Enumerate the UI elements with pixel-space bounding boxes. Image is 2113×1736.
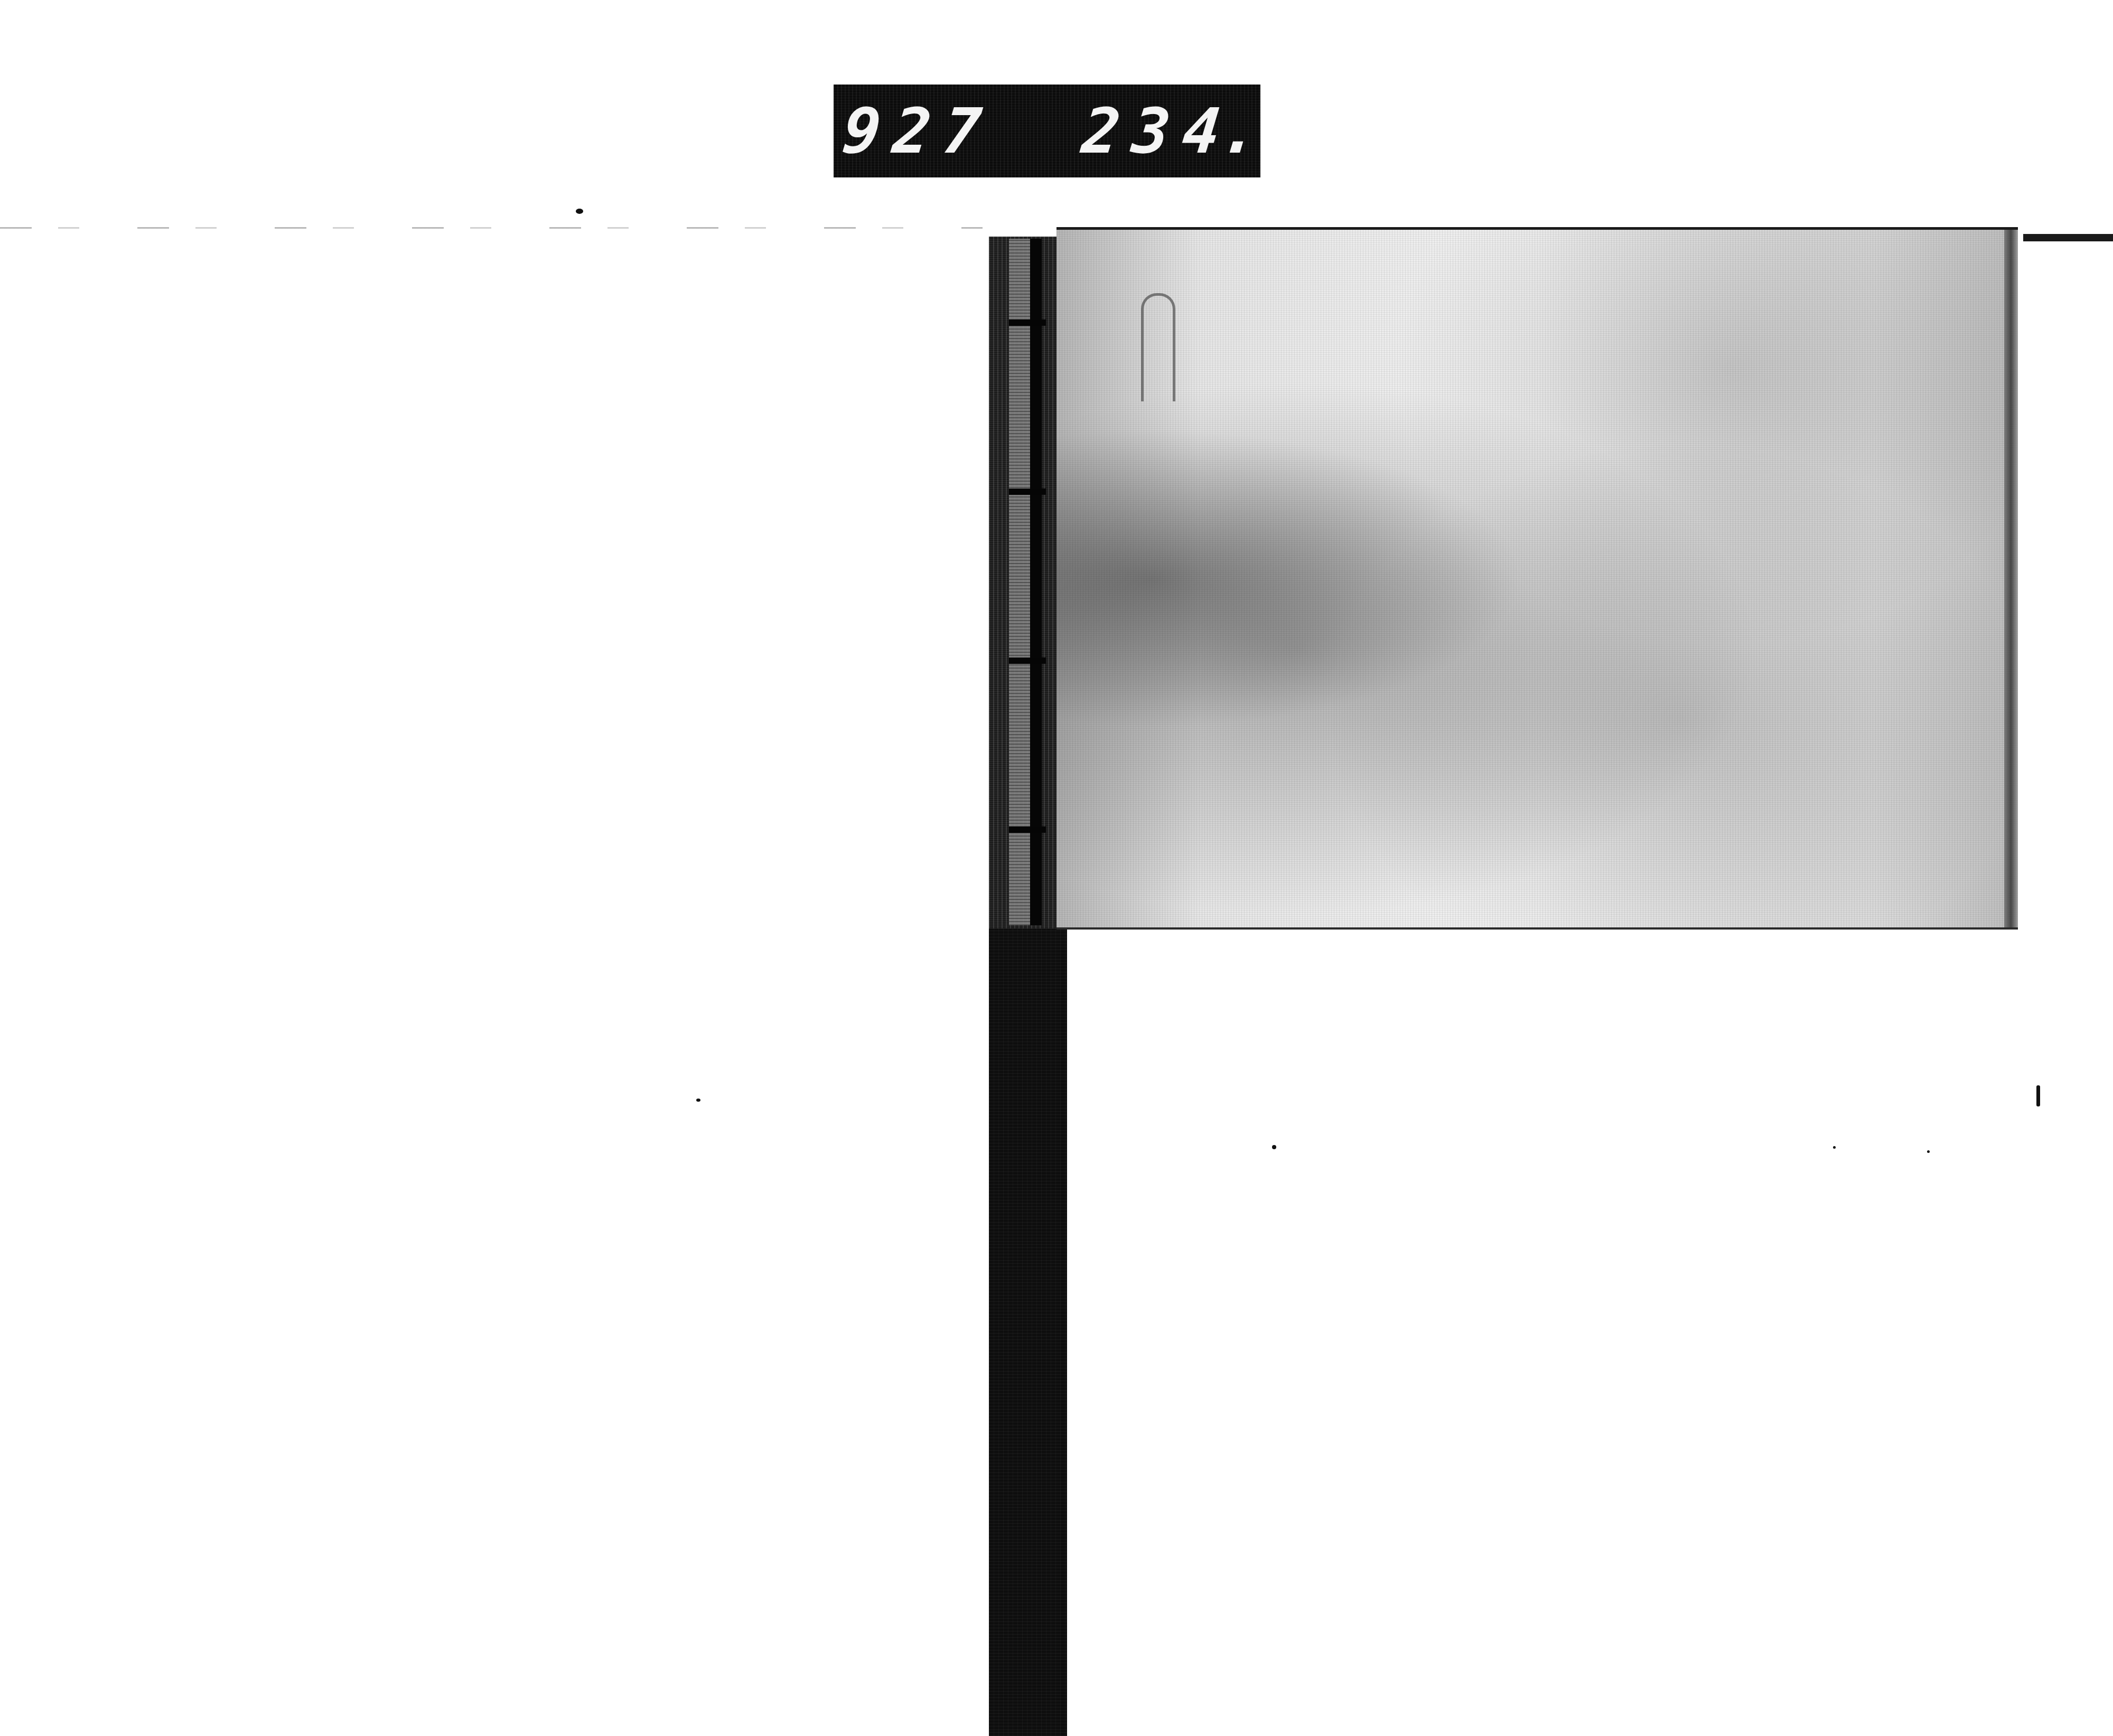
binding-stitch xyxy=(1009,320,1046,326)
frame-digit: 2 xyxy=(1079,100,1124,162)
frame-digit: 9 xyxy=(840,100,885,162)
dust-speck xyxy=(576,209,583,214)
dust-speck xyxy=(1833,1146,1836,1149)
dust-speck xyxy=(696,1099,700,1102)
frame-digit: 2 xyxy=(890,100,935,162)
cover-edge xyxy=(2004,230,2018,927)
spine-fold xyxy=(1009,239,1030,925)
dust-speck xyxy=(2036,1085,2040,1106)
binding-stitch xyxy=(1009,658,1046,664)
frame-digit: 3 xyxy=(1129,100,1174,162)
frame-digit: 4. xyxy=(1180,100,1263,162)
scan-edge-artifact xyxy=(2023,234,2113,241)
binding-stitch xyxy=(1009,489,1046,495)
binding-thread xyxy=(1030,239,1042,925)
dust-speck xyxy=(1272,1145,1276,1149)
frame-number-left: 9 2 7 xyxy=(843,100,982,162)
frame-number-right: 2 3 4. xyxy=(1082,100,1260,162)
scan-line-artifact xyxy=(0,227,983,229)
frame-digit: 7 xyxy=(940,100,985,162)
book-cover xyxy=(1056,227,2018,930)
dust-speck xyxy=(1927,1150,1930,1153)
binding-stitch xyxy=(1009,827,1046,833)
cover-stain-mark xyxy=(1141,293,1175,401)
frame-label: 9 2 7 2 3 4. xyxy=(834,85,1260,177)
